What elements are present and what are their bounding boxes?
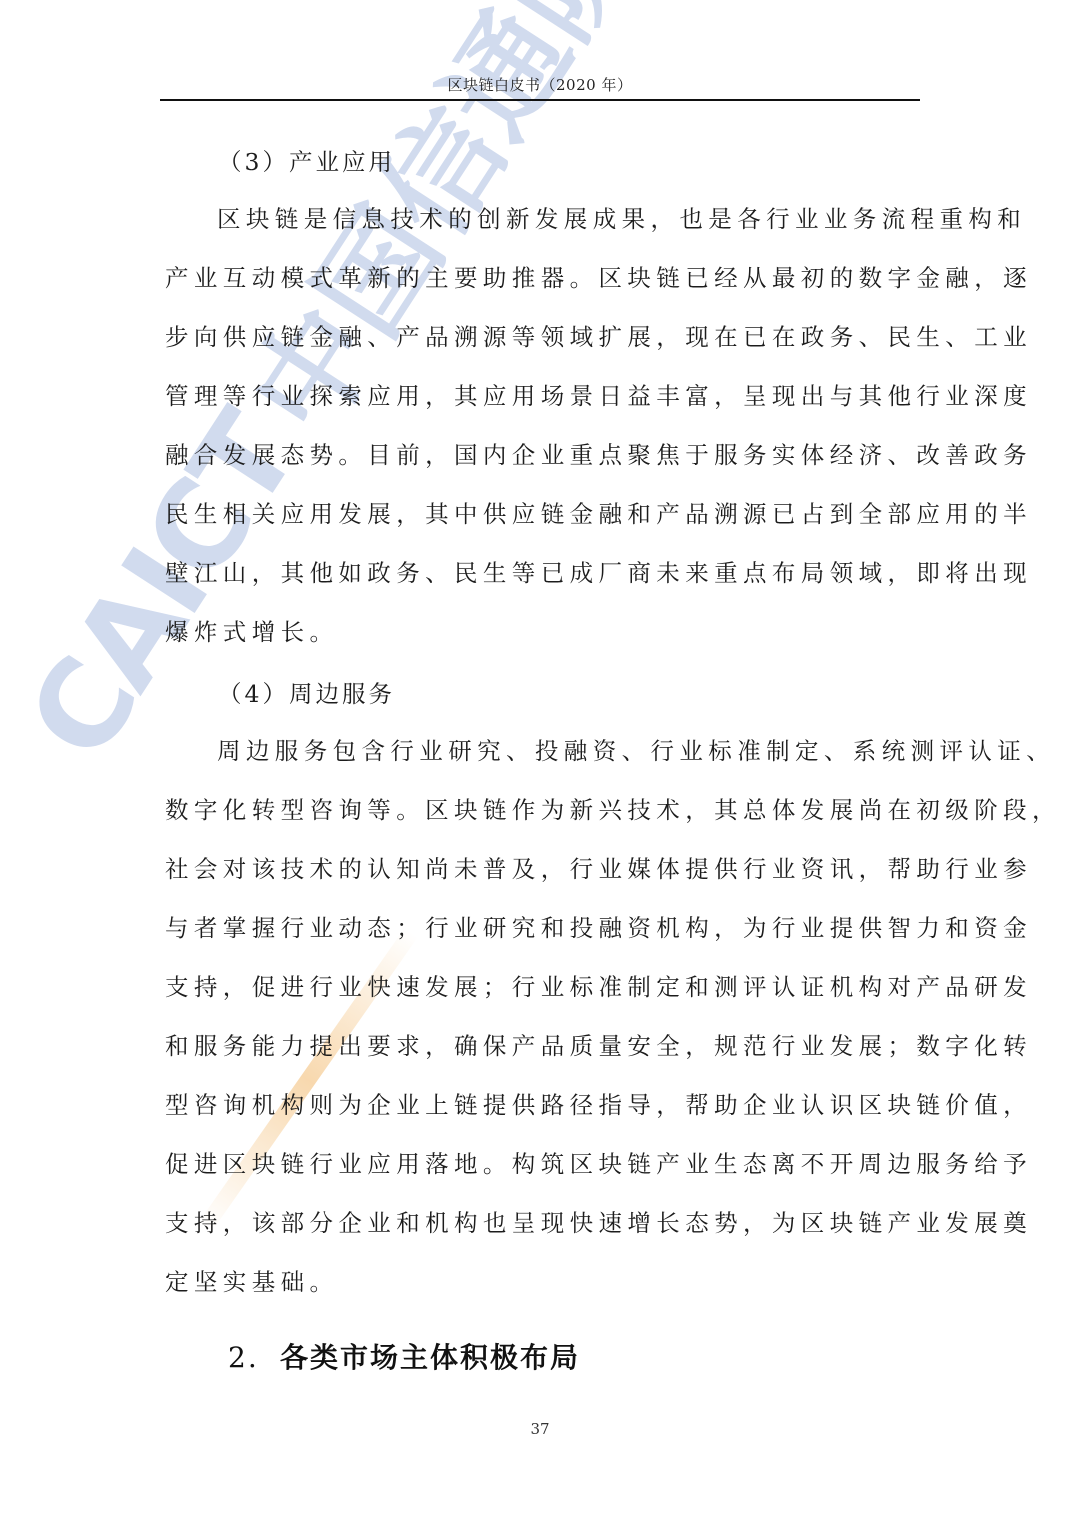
paragraph-line: 爆炸式增长。 xyxy=(165,603,915,662)
section-number: 2. xyxy=(228,1341,280,1374)
paragraph-line: 社会对该技术的认知尚未普及，行业媒体提供行业资讯，帮助行业参 xyxy=(165,840,915,899)
running-header-title: 区块链白皮书（2020 年） xyxy=(160,74,920,95)
paragraph-line: 和服务能力提出要求，确保产品质量安全，规范行业发展；数字化转 xyxy=(165,1017,915,1076)
page-number: 37 xyxy=(0,1420,1080,1438)
paragraph-line: 数字化转型咨询等。区块链作为新兴技术，其总体发展尚在初级阶段， xyxy=(165,781,915,840)
paragraph-line: 融合发展态势。目前，国内企业重点聚焦于服务实体经济、改善政务 xyxy=(165,426,915,485)
paragraph-line: 定坚实基础。 xyxy=(165,1253,915,1312)
paragraph-industry-application: 区块链是信息技术的创新发展成果，也是各行业业务流程重构和 产业互动模式革新的主要… xyxy=(165,190,915,662)
subheading-industry-application: （3）产业应用 xyxy=(218,143,395,177)
section-title: 2.各类市场主体积极布局 xyxy=(228,1336,580,1376)
section-title-text: 各类市场主体积极布局 xyxy=(280,1341,580,1374)
paragraph-line: 促进区块链行业应用落地。构筑区块链产业生态离不开周边服务给予 xyxy=(165,1135,915,1194)
paragraph-line: 周边服务包含行业研究、投融资、行业标准制定、系统测评认证、 xyxy=(165,722,915,781)
paragraph-line: 型咨询机构则为企业上链提供路径指导，帮助企业认识区块链价值， xyxy=(165,1076,915,1135)
paragraph-line: 产业互动模式革新的主要助推器。区块链已经从最初的数字金融，逐 xyxy=(165,249,915,308)
paragraph-line: 支持，促进行业快速发展；行业标准制定和测评认证机构对产品研发 xyxy=(165,958,915,1017)
subheading-peripheral-services: （4）周边服务 xyxy=(218,675,395,709)
paragraph-line: 壁江山，其他如政务、民生等已成厂商未来重点布局领域，即将出现 xyxy=(165,544,915,603)
paragraph-line: 管理等行业探索应用，其应用场景日益丰富，呈现出与其他行业深度 xyxy=(165,367,915,426)
paragraph-line: 区块链是信息技术的创新发展成果，也是各行业业务流程重构和 xyxy=(165,190,915,249)
paragraph-peripheral-services: 周边服务包含行业研究、投融资、行业标准制定、系统测评认证、 数字化转型咨询等。区… xyxy=(165,722,915,1312)
paragraph-line: 支持，该部分企业和机构也呈现快速增长态势，为区块链产业发展奠 xyxy=(165,1194,915,1253)
paragraph-line: 步向供应链金融、产品溯源等领域扩展，现在已在政务、民生、工业 xyxy=(165,308,915,367)
header-rule-divider xyxy=(160,99,920,101)
document-page: CAICT中国信通院 区块链白皮书（2020 年） （3）产业应用 区块链是信息… xyxy=(0,0,1080,1528)
paragraph-line: 民生相关应用发展，其中供应链金融和产品溯源已占到全部应用的半 xyxy=(165,485,915,544)
paragraph-line: 与者掌握行业动态；行业研究和投融资机构，为行业提供智力和资金 xyxy=(165,899,915,958)
